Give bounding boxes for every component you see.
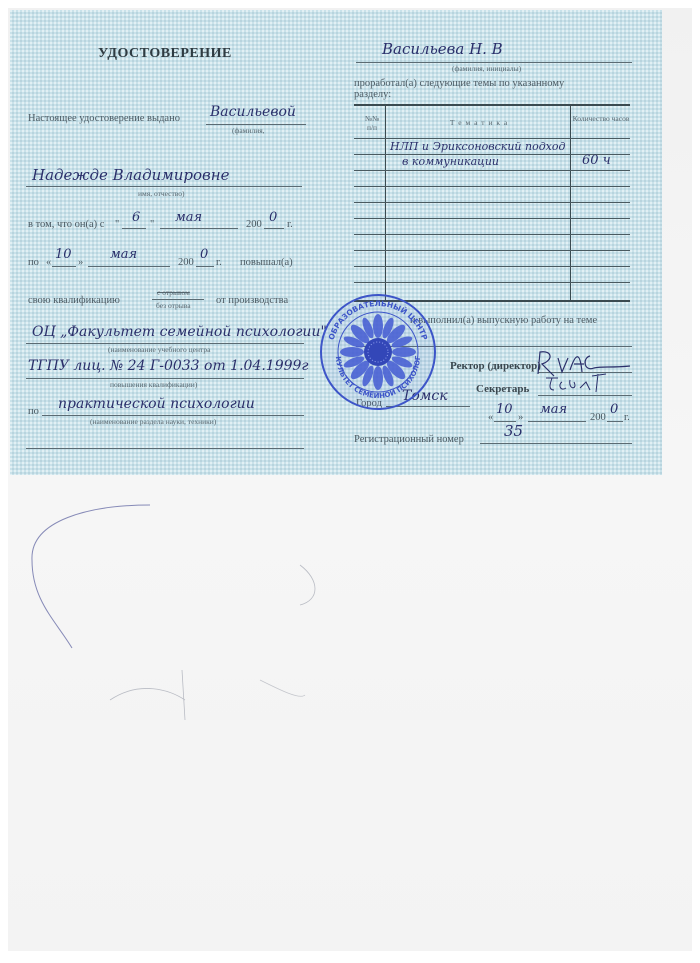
- section-label: по: [28, 406, 39, 417]
- table-header-topic: Т е м а т и к а: [390, 118, 568, 127]
- official-stamp: ОБРАЗОВАТЕЛЬНЫЙ ЦЕНТР ФАКУЛЬТЕТ СЕМЕЙНОЙ…: [318, 292, 438, 412]
- surname-value: Васильевой: [210, 104, 296, 120]
- from-year-prefix: 200: [246, 219, 262, 230]
- name-caption: имя, отчество): [138, 189, 185, 198]
- topic-line2: в коммуникации: [402, 155, 499, 168]
- thesis-text: и выполнил(а) выпускную работу на теме: [410, 315, 597, 326]
- person-caption: (фамилия, инициалы): [452, 64, 521, 73]
- rector-label: Ректор (директор): [450, 360, 541, 372]
- reg-number: 35: [504, 422, 523, 440]
- to-year-prefix: 200: [178, 257, 194, 268]
- date-day: 10: [496, 402, 513, 417]
- reg-label: Регистрационный номер: [354, 434, 464, 445]
- name-value: Надежде Владимировне: [32, 166, 230, 184]
- from-month: мая: [175, 210, 202, 225]
- date-year-digit: 0: [610, 402, 618, 417]
- raised-label: повышал(а): [240, 257, 293, 268]
- training-center-caption: (наименование учебного центра: [108, 345, 210, 354]
- secretary-label: Секретарь: [476, 383, 529, 395]
- topic-hours: 60 ч: [582, 153, 611, 168]
- license-caption: повышения квалификации): [110, 380, 197, 389]
- date-month: мая: [540, 402, 567, 417]
- table-header-hours: Количество часов: [572, 114, 630, 123]
- to-month: мая: [110, 247, 137, 262]
- to-day: 10: [55, 247, 72, 262]
- section-value: практической психологии: [58, 396, 255, 412]
- mode-option-without-leave: без отрыва: [156, 301, 191, 310]
- to-label: по: [28, 257, 39, 268]
- to-year-digit: 0: [200, 247, 208, 262]
- topic-line1: НЛП и Эриксоновский подход: [390, 140, 565, 153]
- secretary-signature: [542, 370, 612, 398]
- mode-option-with-leave: с отрывом: [157, 288, 190, 297]
- from-year-digit: 0: [269, 210, 277, 225]
- section-caption: (наименование раздела науки, техники): [90, 417, 216, 426]
- document-title: УДОСТОВЕРЕНИЕ: [98, 46, 232, 62]
- from-label: в том, что он(а) с: [28, 219, 104, 230]
- qualification-label: свою квалификацию: [28, 295, 120, 306]
- surname-caption: (фамилия,: [232, 126, 265, 135]
- worked-text-line2: разделу:: [354, 89, 391, 100]
- person-value: Васильева Н. В: [382, 40, 503, 58]
- training-center-value: ОЦ „Факультет семейной психологии": [32, 324, 327, 340]
- from-day: 6: [132, 210, 140, 225]
- from-production: от производства: [216, 295, 288, 306]
- worked-text-line1: проработал(а) следующие темы по указанно…: [354, 78, 564, 89]
- table-header-num: №№ п/п: [362, 114, 382, 132]
- issued-label: Настоящее удостоверение выдано: [28, 113, 180, 124]
- license-value: ТГПУ лиц. № 24 Г-0033 от 1.04.1999г: [28, 358, 309, 374]
- date-year-prefix: 200: [590, 412, 606, 423]
